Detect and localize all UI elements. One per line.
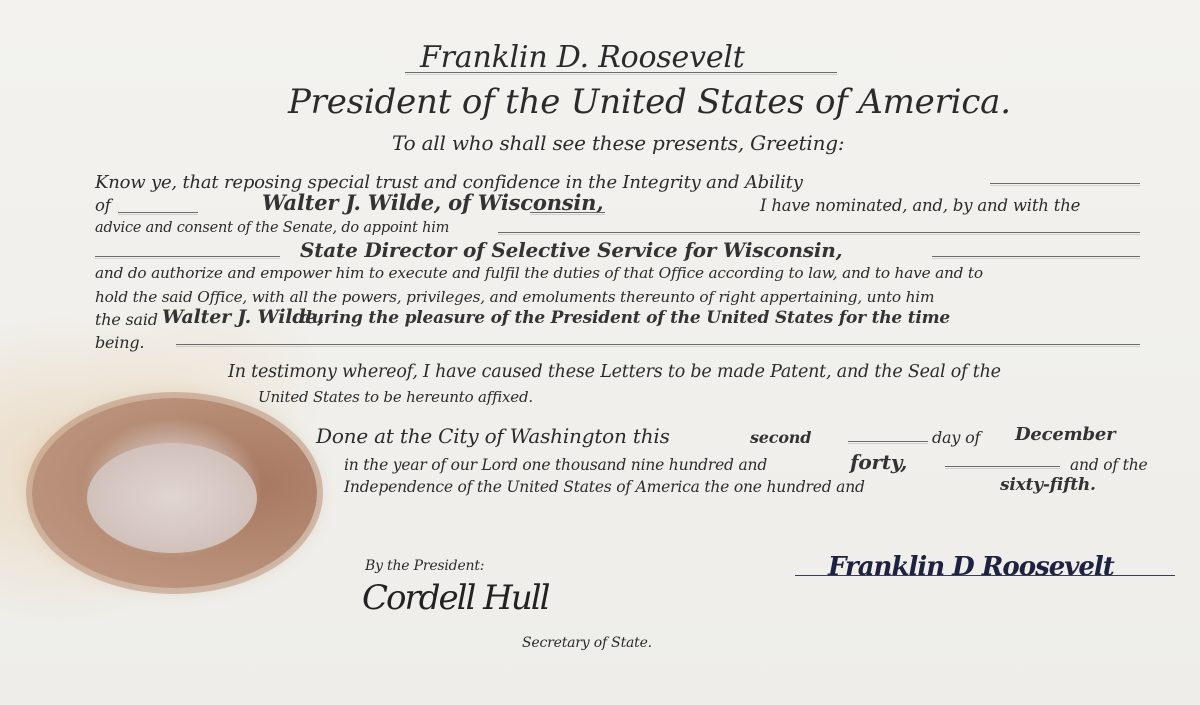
body-line-2-suffix: I have nominated, and, by and with the: [760, 196, 1080, 215]
body-line-3: advice and consent of the Senate, do app…: [95, 220, 449, 236]
president-title: President of the United States of Americ…: [288, 82, 1011, 122]
body-line-8: being.: [95, 333, 144, 352]
greeting: To all who shall see these presents, Gre…: [392, 131, 844, 155]
by-the-president-label: By the President:: [365, 558, 484, 574]
president-signature: Franklin D Roosevelt: [828, 552, 1114, 582]
rule-year: [945, 466, 1060, 467]
secretary-signature: Cordell Hull: [362, 578, 548, 618]
rule-8: [176, 344, 1140, 345]
seal-center: [87, 443, 257, 553]
month-value: December: [1015, 424, 1115, 445]
rule-2a: [118, 212, 198, 213]
rule-1: [990, 183, 1140, 184]
independence-year-value: sixty-fifth.: [1000, 475, 1096, 495]
signature-line: [795, 575, 1175, 576]
testimony-line-1: In testimony whereof, I have caused thes…: [228, 362, 1001, 382]
day-value: second: [750, 428, 811, 447]
president-name: Franklin D. Roosevelt: [420, 40, 745, 75]
body-line-7-prefix: the said: [95, 310, 158, 329]
rule-4a: [95, 256, 280, 257]
year-value: forty,: [850, 450, 907, 474]
rule-3: [498, 232, 1140, 233]
rule-2b: [530, 212, 605, 213]
rule-day: [848, 441, 928, 442]
dating-line-2-suffix: and of the: [1070, 456, 1147, 474]
office-title: State Director of Selective Service for …: [300, 238, 842, 262]
body-line-5: and do authorize and empower him to exec…: [95, 264, 983, 282]
rule-4b: [932, 256, 1140, 257]
body-line-6: hold the said Office, with all the power…: [95, 288, 934, 306]
testimony-line-2: United States to be hereunto affixed.: [258, 388, 533, 406]
body-line-7-suffix: during the pleasure of the President of …: [300, 308, 950, 328]
name-underline: [405, 72, 837, 73]
dating-line-2-prefix: in the year of our Lord one thousand nin…: [344, 456, 767, 474]
body-line-2-prefix: of: [95, 196, 111, 215]
dating-line-1-mid: day of: [932, 428, 980, 447]
dating-line-1-prefix: Done at the City of Washington this: [316, 424, 670, 448]
secretary-title: Secretary of State.: [522, 635, 652, 651]
seal-icon: [32, 398, 317, 588]
dating-line-3-prefix: Independence of the United States of Ame…: [344, 478, 865, 496]
